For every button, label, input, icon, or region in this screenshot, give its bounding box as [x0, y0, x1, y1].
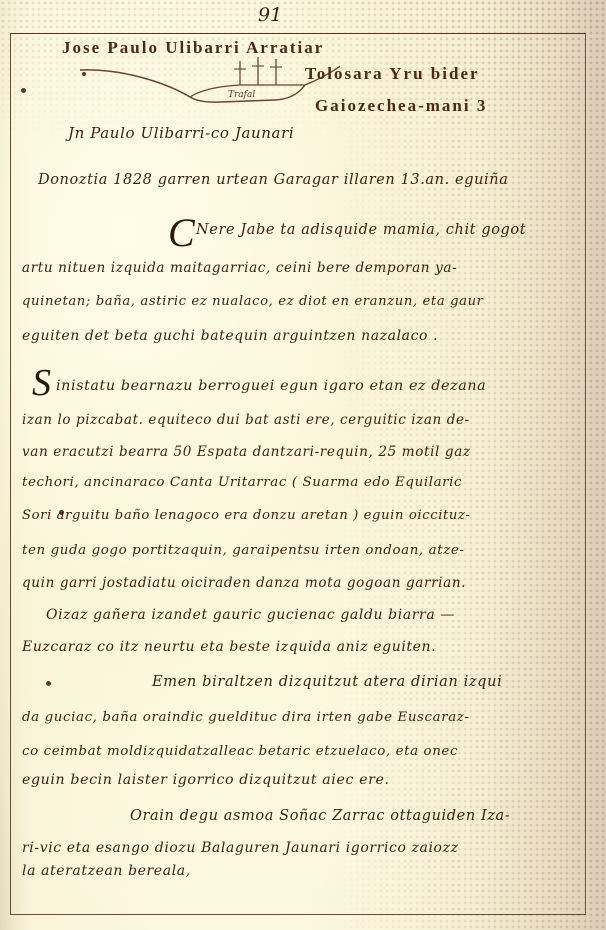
paragraph-4-line-4: eguin becin laister igorrico dizquitzut …: [22, 772, 390, 788]
ink-blot: [82, 72, 86, 76]
paragraph-2-line-2: izan lo pizcabat. equiteco dui bat asti …: [22, 412, 470, 428]
paragraph-2-line-3: van eracutzi bearra 50 Espata dantzari-r…: [22, 444, 471, 460]
header-signature-line-2: Tolosara Yru bider: [305, 64, 480, 84]
ship-drawing-icon: Trafal: [80, 55, 340, 105]
paragraph-2-line-5: Sori arguitu baño lenagoco era donzu are…: [22, 508, 471, 523]
page-number: 91: [258, 4, 282, 26]
paragraph-2-line-1: inistatu bearnazu berroguei egun igaro e…: [56, 378, 486, 394]
paragraph-2-line-4: techori, ancinaraco Canta Uritarrac ( Su…: [22, 475, 462, 490]
paragraph-1-line-3: quinetan; baña, astiric ez nualaco, ez d…: [22, 294, 484, 309]
paragraph-3-line-1: Oizaz gañera izandet gauric gucienac gal…: [46, 607, 455, 623]
ink-blot: [21, 88, 26, 93]
paragraph-4-line-3: co ceimbat moldizquidatzalleac betaric e…: [22, 744, 458, 759]
paragraph-3-line-2: Euzcaraz co itz neurtu eta beste izquida…: [22, 639, 436, 655]
dropcap-c: C: [168, 213, 195, 253]
header-signature-line-3: Gaiozechea-mani 3: [315, 96, 487, 116]
paragraph-5-line-1: Orain degu asmoa Soñac Zarrac ottaguiden…: [130, 808, 510, 824]
paragraph-2-line-7: quin garri jostadiatu oiciraden danza mo…: [22, 575, 466, 591]
paragraph-1-line-2: artu nituen izquida maitagarriac, ceini …: [22, 260, 457, 276]
paragraph-4-line-2: da guciac, baña oraindic gueldituc dira …: [22, 710, 470, 725]
paragraph-5-line-2: ri-vic eta esango diozu Balaguren Jaunar…: [22, 840, 459, 856]
ship-label: Trafal: [228, 90, 255, 100]
addressee-line: Jn Paulo Ulibarri-co Jaunari: [68, 124, 294, 142]
paragraph-5-line-3: la ateratzean bereala,: [22, 863, 191, 879]
dropcap-s: S: [32, 364, 52, 402]
dateline: Donoztia 1828 garren urtean Garagar illa…: [38, 172, 508, 188]
paragraph-2-line-6: ten guda gogo portitzaquin, garaipentsu …: [22, 543, 465, 558]
paragraph-1-line-4: eguiten det beta guchi batequin arguintz…: [22, 328, 438, 344]
paragraph-1-line-1: Nere Jabe ta adisquide mamia, chit gogot: [196, 222, 526, 238]
paragraph-4-line-1: Emen biraltzen dizquitzut atera dirian i…: [152, 673, 502, 690]
ink-blot: [46, 681, 51, 686]
page-fold-line: [585, 33, 586, 833]
